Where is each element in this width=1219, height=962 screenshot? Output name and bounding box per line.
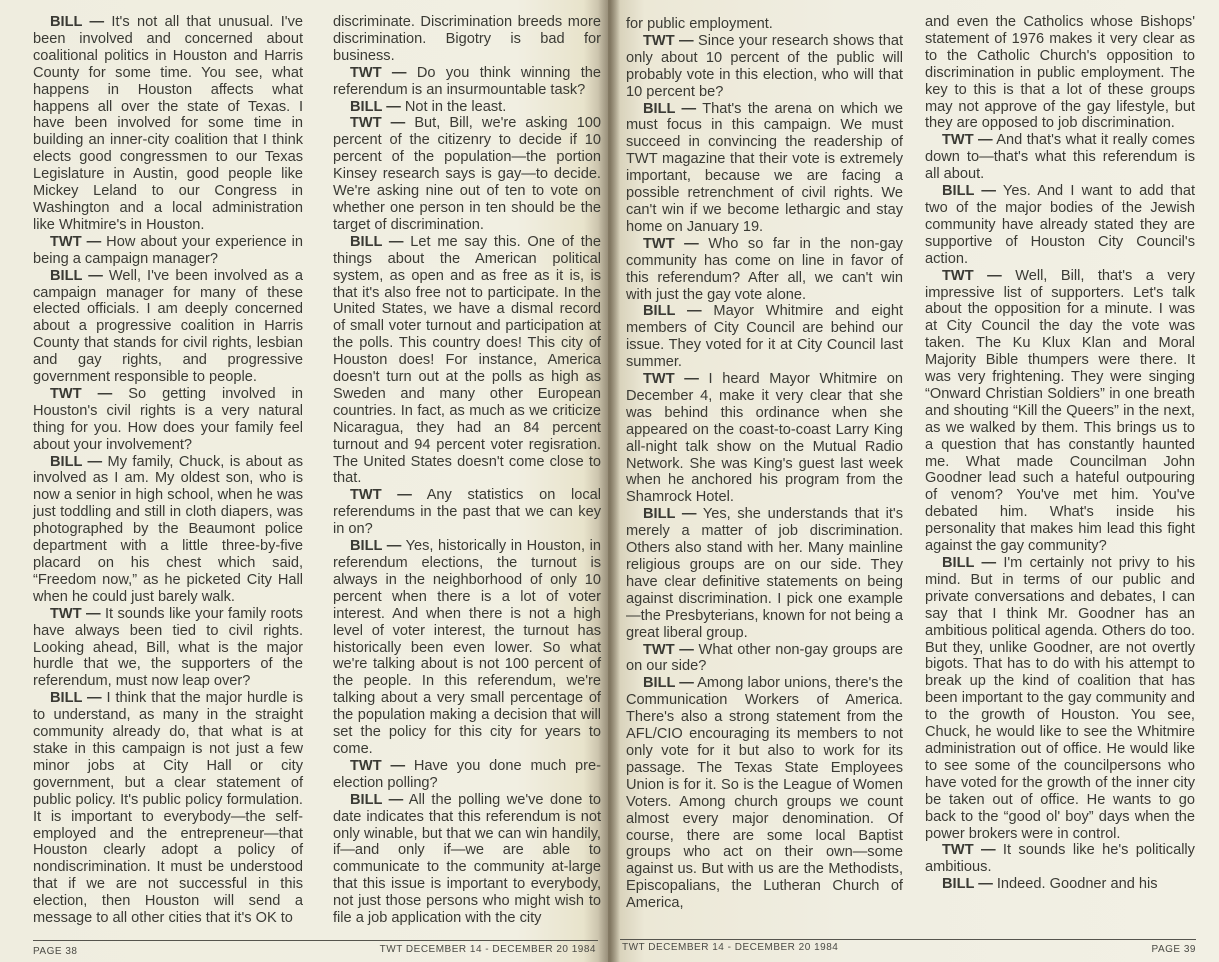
magazine-spread: BILL — It's not all that unusual. I've b… bbox=[0, 0, 1219, 962]
interview-paragraph: discriminate. Discrimination breeds more… bbox=[333, 14, 601, 65]
interview-paragraph: TWT — But, Bill, we're asking 100 percen… bbox=[333, 115, 601, 233]
interview-paragraph: BILL — I think that the major hurdle is … bbox=[33, 690, 303, 927]
speaker-label: TWT — bbox=[50, 606, 101, 622]
speaker-label: TWT — bbox=[942, 132, 993, 148]
speaker-label: TWT — bbox=[350, 115, 405, 131]
speaker-label: TWT — bbox=[50, 386, 112, 402]
paragraph-text: But, Bill, we're asking 100 percent of t… bbox=[333, 115, 601, 232]
interview-paragraph: BILL — Among labor unions, there's the C… bbox=[626, 675, 903, 912]
speaker-label: BILL — bbox=[942, 555, 996, 571]
interview-paragraph: BILL — Yes, historically in Houston, in … bbox=[333, 538, 601, 758]
speaker-label: BILL — bbox=[50, 454, 102, 470]
speaker-label: TWT — bbox=[643, 642, 694, 658]
interview-paragraph: BILL — It's not all that unusual. I've b… bbox=[33, 14, 303, 234]
speaker-label: TWT — bbox=[643, 371, 699, 387]
column-3: for public employment.TWT — Since your r… bbox=[626, 16, 903, 912]
paragraph-text: Indeed. Goodner and his bbox=[993, 876, 1158, 892]
speaker-label: BILL — bbox=[50, 14, 104, 30]
speaker-label: TWT — bbox=[942, 268, 1002, 284]
footer-rule-left bbox=[33, 940, 598, 941]
speaker-label: BILL — bbox=[350, 538, 401, 554]
paragraph-text: discriminate. Discrimination breeds more… bbox=[333, 14, 601, 64]
speaker-label: BILL — bbox=[942, 183, 996, 199]
speaker-label: BILL — bbox=[643, 303, 702, 319]
interview-paragraph: BILL — Let me say this. One of the thing… bbox=[333, 234, 601, 488]
interview-paragraph: TWT — And that's what it really comes do… bbox=[925, 132, 1195, 183]
paragraph-text: Yes, she understands that it's merely a … bbox=[626, 506, 903, 640]
column-1: BILL — It's not all that unusual. I've b… bbox=[33, 14, 303, 927]
interview-paragraph: for public employment. bbox=[626, 16, 903, 33]
paragraph-text: My family, Chuck, is about as involved a… bbox=[33, 454, 303, 605]
speaker-label: TWT — bbox=[350, 65, 407, 81]
paragraph-text: I heard Mayor Whitmire on December 4, ma… bbox=[626, 371, 903, 505]
paragraph-text: It's not all that unusual. I've been inv… bbox=[33, 14, 303, 233]
interview-paragraph: TWT — Have you done much pre-election po… bbox=[333, 758, 601, 792]
speaker-label: BILL — bbox=[942, 876, 993, 892]
interview-paragraph: TWT — Since your research shows that onl… bbox=[626, 33, 903, 101]
paragraph-text: and even the Catholics whose Bishops' st… bbox=[925, 14, 1195, 131]
page-number-left: PAGE 38 bbox=[33, 946, 77, 957]
interview-paragraph: BILL — Indeed. Goodner and his bbox=[925, 876, 1195, 893]
speaker-label: TWT — bbox=[942, 842, 996, 858]
footer-rule-right bbox=[620, 939, 1196, 940]
interview-paragraph: and even the Catholics whose Bishops' st… bbox=[925, 14, 1195, 132]
paragraph-text: I think that the major hurdle is to unde… bbox=[33, 690, 303, 926]
paragraph-text: That's the arena on which we must focus … bbox=[626, 101, 903, 235]
paragraph-text: All the polling we've done to date indic… bbox=[333, 792, 601, 926]
interview-paragraph: TWT — Any statistics on local referendum… bbox=[333, 487, 601, 538]
speaker-label: BILL — bbox=[643, 675, 694, 691]
interview-paragraph: TWT — Do you think winning the referendu… bbox=[333, 65, 601, 99]
interview-paragraph: TWT — What other non-gay groups are on o… bbox=[626, 642, 903, 676]
speaker-label: TWT — bbox=[350, 758, 405, 774]
speaker-label: BILL — bbox=[350, 99, 401, 115]
interview-paragraph: BILL — I'm certainly not privy to his mi… bbox=[925, 555, 1195, 842]
interview-paragraph: TWT — I heard Mayor Whitmire on December… bbox=[626, 371, 903, 506]
paragraph-text: Among labor unions, there's the Communic… bbox=[626, 675, 903, 911]
paragraph-text: Well, Bill, that's a very impressive lis… bbox=[925, 268, 1195, 555]
speaker-label: BILL — bbox=[50, 268, 103, 284]
speaker-label: TWT — bbox=[643, 33, 694, 49]
speaker-label: TWT — bbox=[643, 236, 699, 252]
speaker-label: TWT — bbox=[50, 234, 101, 250]
interview-paragraph: TWT — Well, Bill, that's a very impressi… bbox=[925, 268, 1195, 555]
interview-paragraph: BILL — Yes, she understands that it's me… bbox=[626, 506, 903, 641]
interview-paragraph: TWT — Who so far in the non-gay communit… bbox=[626, 236, 903, 304]
interview-paragraph: BILL — All the polling we've done to dat… bbox=[333, 792, 601, 927]
column-4: and even the Catholics whose Bishops' st… bbox=[925, 14, 1195, 893]
paragraph-text: Well, I've been involved as a campaign m… bbox=[33, 268, 303, 385]
paragraph-text: Let me say this. One of the things about… bbox=[333, 234, 601, 487]
dateline-right: TWT DECEMBER 14 - DECEMBER 20 1984 bbox=[622, 942, 838, 953]
paragraph-text: I'm certainly not privy to his mind. But… bbox=[925, 555, 1195, 842]
speaker-label: BILL — bbox=[350, 234, 404, 250]
speaker-label: BILL — bbox=[50, 690, 102, 706]
interview-paragraph: BILL — Mayor Whitmire and eight members … bbox=[626, 303, 903, 371]
interview-paragraph: TWT — How about your experience in being… bbox=[33, 234, 303, 268]
speaker-label: TWT — bbox=[350, 487, 412, 503]
interview-paragraph: TWT — It sounds like your family roots h… bbox=[33, 606, 303, 691]
page-number-right: PAGE 39 bbox=[1152, 944, 1196, 955]
interview-paragraph: BILL — My family, Chuck, is about as inv… bbox=[33, 454, 303, 606]
speaker-label: BILL — bbox=[643, 506, 696, 522]
paragraph-text: Yes, historically in Houston, in referen… bbox=[333, 538, 601, 757]
interview-paragraph: BILL — Yes. And I want to add that two o… bbox=[925, 183, 1195, 268]
dateline-left: TWT DECEMBER 14 - DECEMBER 20 1984 bbox=[380, 944, 596, 955]
paragraph-text: for public employment. bbox=[626, 16, 773, 32]
interview-paragraph: BILL — That's the arena on which we must… bbox=[626, 101, 903, 236]
interview-paragraph: BILL — Well, I've been involved as a cam… bbox=[33, 268, 303, 386]
paragraph-text: Not in the least. bbox=[401, 99, 506, 115]
column-2: discriminate. Discrimination breeds more… bbox=[333, 14, 601, 927]
interview-paragraph: TWT — So getting involved in Houston's c… bbox=[33, 386, 303, 454]
speaker-label: BILL — bbox=[643, 101, 696, 117]
speaker-label: BILL — bbox=[350, 792, 403, 808]
interview-paragraph: TWT — It sounds like he's politically am… bbox=[925, 842, 1195, 876]
interview-paragraph: BILL — Not in the least. bbox=[333, 99, 601, 116]
